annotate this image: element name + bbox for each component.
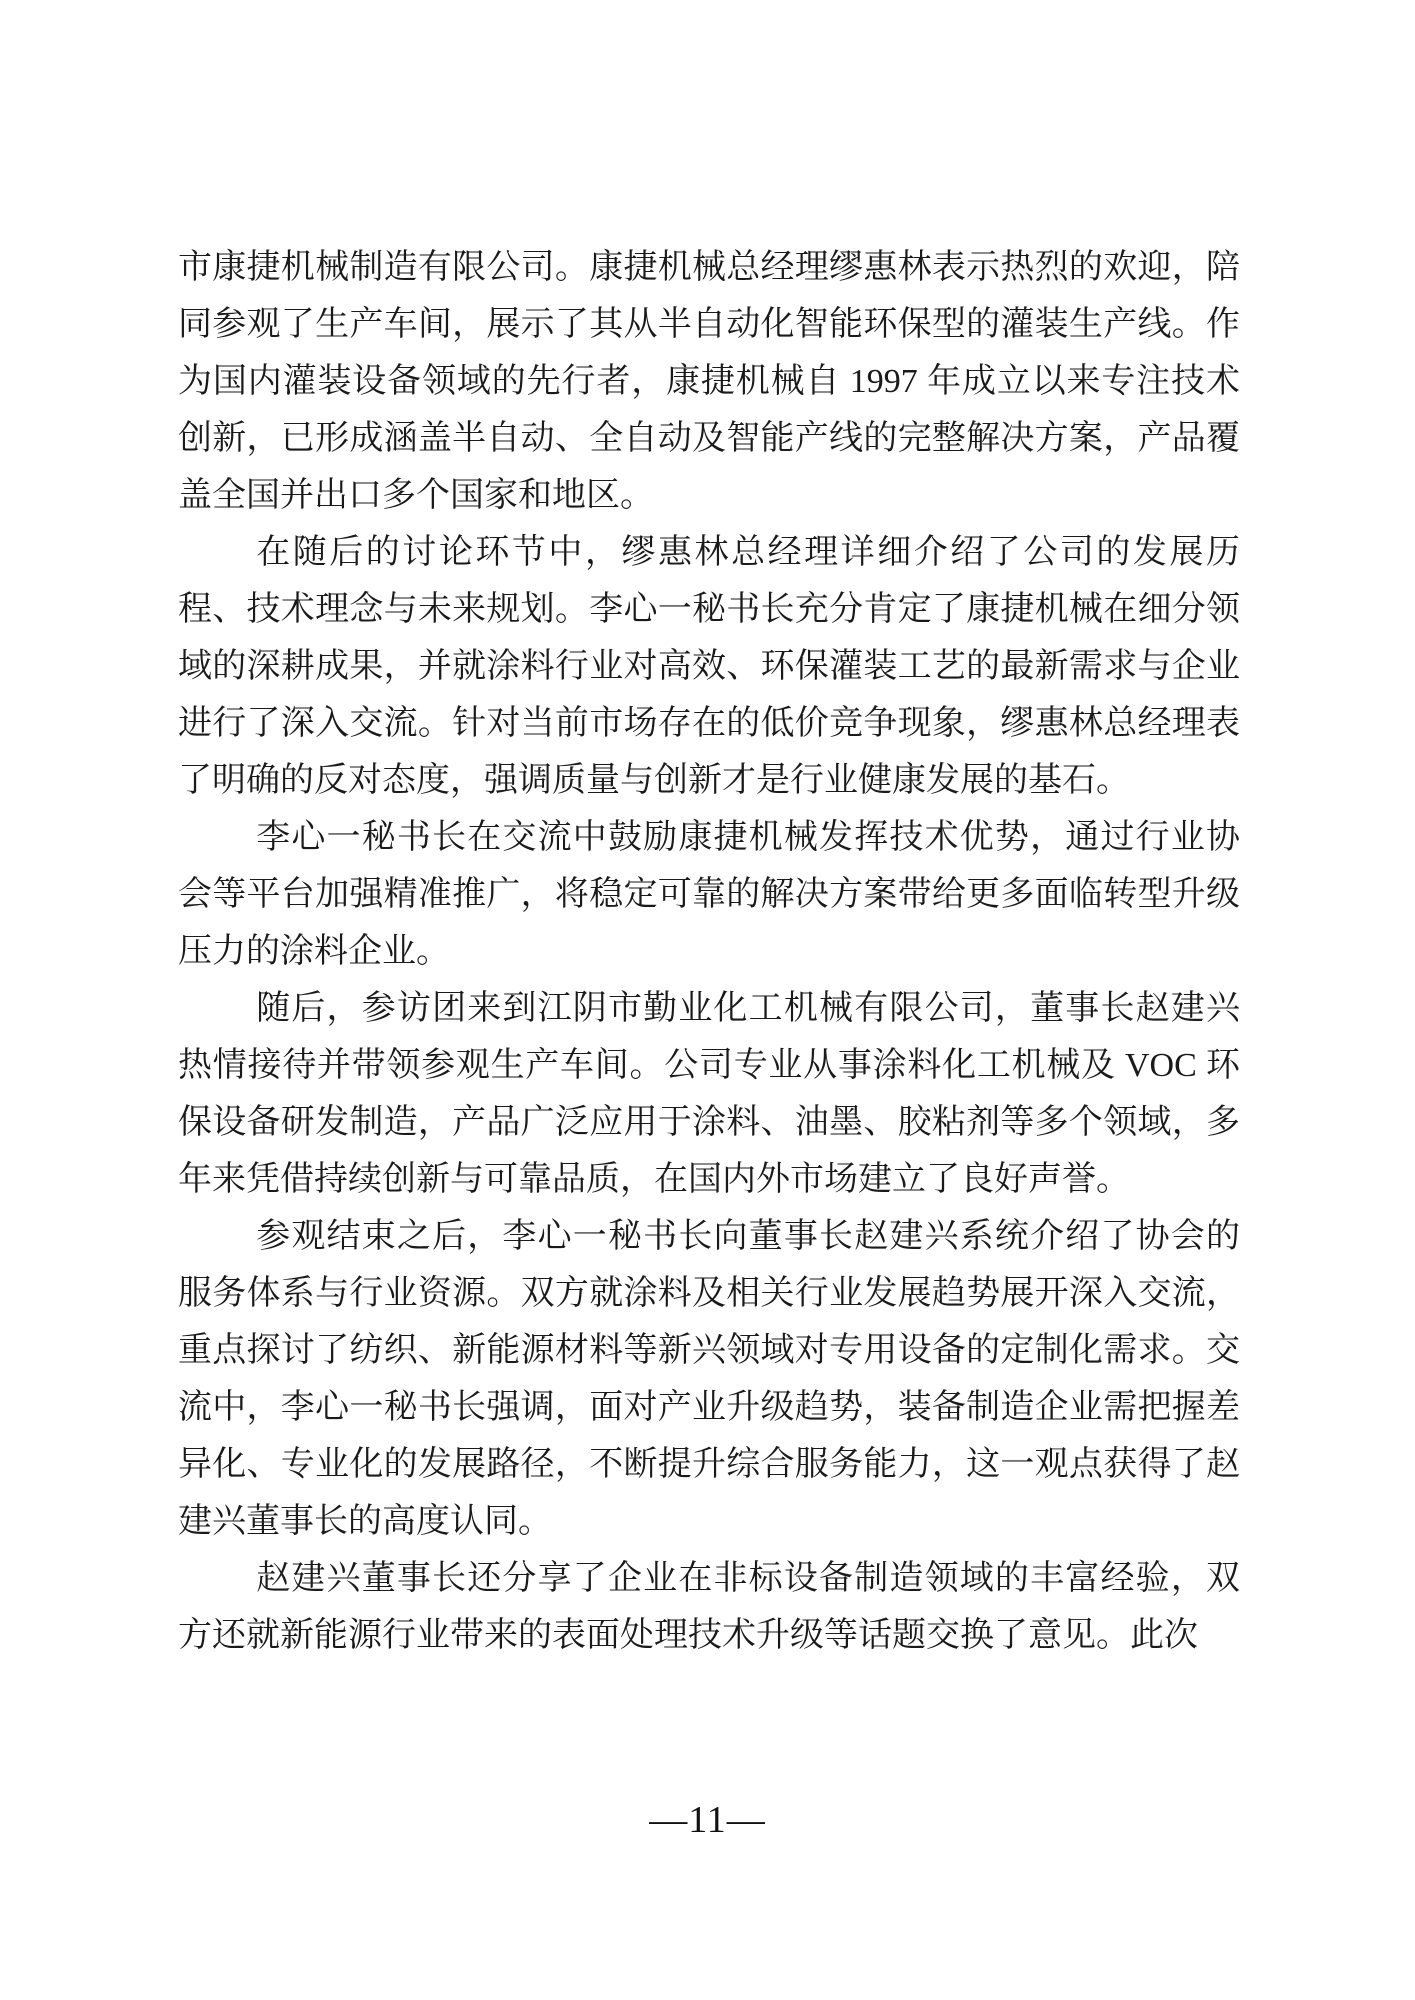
paragraph-qinye-visit: 随后，参访团来到江阴市勤业化工机械有限公司，董事长赵建兴热情接待并带领参观生产车… <box>178 980 1240 1208</box>
paragraph-association-intro: 参观结束之后，李心一秘书长向董事长赵建兴系统介绍了协会的服务体系与行业资源。双方… <box>178 1208 1240 1550</box>
paragraph-experience-sharing: 赵建兴董事长还分享了企业在非标设备制造领域的丰富经验，双方还就新能源行业带来的表… <box>178 1550 1240 1664</box>
paragraph-encouragement: 李心一秘书长在交流中鼓励康捷机械发挥技术优势，通过行业协会等平台加强精准推广，将… <box>178 809 1240 980</box>
page: 市康捷机械制造有限公司。康捷机械总经理缪惠林表示热烈的欢迎，陪同参观了生产车间，… <box>0 0 1415 2000</box>
paragraph-continuation: 市康捷机械制造有限公司。康捷机械总经理缪惠林表示热烈的欢迎，陪同参观了生产车间，… <box>178 239 1240 524</box>
paragraph-discussion-session: 在随后的讨论环节中，缪惠林总经理详细介绍了公司的发展历程、技术理念与未来规划。李… <box>178 524 1240 809</box>
document-body: 市康捷机械制造有限公司。康捷机械总经理缪惠林表示热烈的欢迎，陪同参观了生产车间，… <box>178 239 1240 1664</box>
page-footer: —11— <box>0 1798 1415 1842</box>
page-number: —11— <box>649 1798 766 1842</box>
